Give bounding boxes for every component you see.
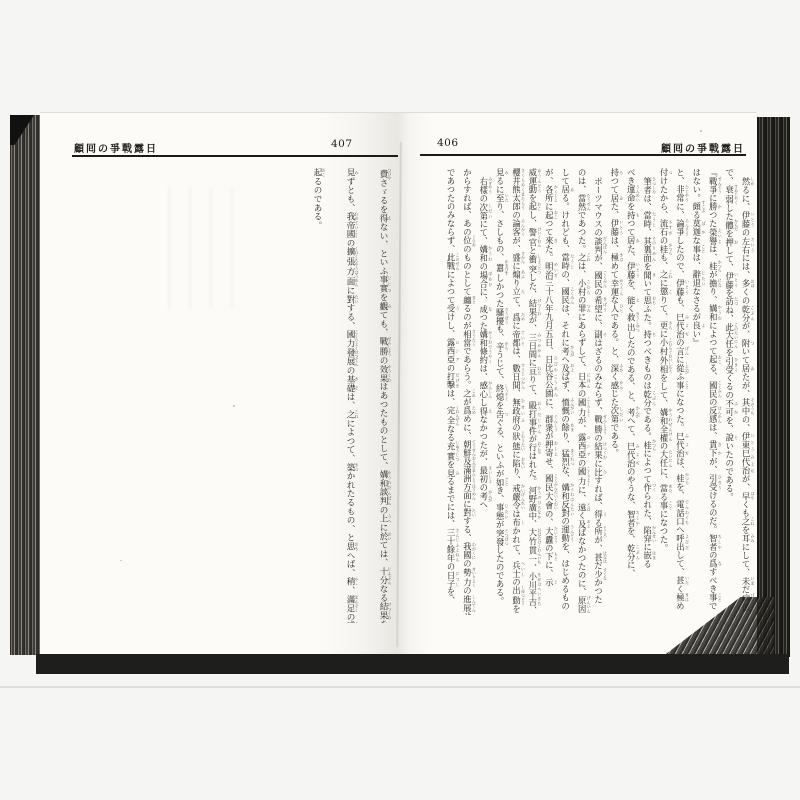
text-column: 然しかるに、伊藤いとうの左右さいうには、多おほくの乾分こぶんが、附ついて居ゐたが… — [739, 168, 755, 615]
book-bottom-edge — [36, 654, 789, 674]
header-rule-left — [72, 155, 398, 157]
text-column: 筆者ひつしやは、當時たうじ、其その裏面りめんを聞きいて思おもふた。持もつべきもの… — [640, 168, 656, 615]
text-column: で、衰弱すゐじやくした體からだを押おして、伊藤いとうを訪たづね、此この大任たいに… — [722, 168, 738, 615]
paper-speck — [120, 560, 122, 561]
text-column: べき運命うんめいを持もつて居ゐた、伊藤いとうを、能よく救出きうしゆつしたのである… — [624, 168, 640, 615]
text-column: 費つひやさゞるを得えない、といふ事實じじつを觀みても、戰勝せんしようの效果かうく… — [359, 168, 392, 623]
text-column: が、各所かくしよに起おこつて來きた。明治めいぢ三十八年九月五日、日比谷公園ひびや… — [542, 168, 558, 615]
text-column: 威運動ゐうんどうを起おこし、警官けいくわんと衝突しようとつした、結果けつくわが、… — [526, 168, 542, 615]
text-column: 起おこるのである。 — [293, 168, 326, 623]
text-column: 見みるに至いたり、さしもの、囂かまびすしかつた騷擾さうぜうも、辛からうじて、終熄… — [493, 168, 509, 615]
scanner-shadow-line — [0, 686, 800, 688]
book-scan-photo: 顧囘の爭戰露日 407 406 顧囘の爭戰露日 然しかるに、伊藤いとうの左右さい… — [0, 0, 800, 800]
left-fore-edge-pages — [10, 115, 40, 655]
paper-speck — [233, 405, 235, 407]
text-column: からすれば、あの位くらゐのものとして纏まとるのが相當さうたうであらう。之これが爲… — [460, 168, 476, 615]
text-column: のは、當然たうぜんであつた。之これは、小村こむらの罪つみにあらずして、日本にほん… — [575, 168, 591, 615]
text-column: であつたのみならず、此戰このせんによつて受うけし、露西亞ロシアの打擊だげきは、完… — [444, 168, 460, 615]
paper-speck — [700, 130, 702, 132]
text-column: 持もつて居ゐた、伊藤いとうは、極きはめて幸運かううんな人ひとである。と、深ふかく… — [607, 168, 623, 615]
text-column: 『戰爭せんそうに勝かつた榮譽えいよは、桂かつらが擔になり、媾和かうわによつて起お… — [706, 168, 722, 615]
ink-showthrough — [168, 188, 234, 308]
text-column: ポーツマウスの談判だんぱんが、國民こくみんの希望きばうに、副そはざるのみならず、… — [591, 168, 607, 615]
page-number-right: 406 — [437, 137, 459, 149]
text-column: と、非常ひじやうに、論爭ろんそうしたので、伊藤いとうも、巳代治みよぢの言げんに從… — [673, 168, 689, 615]
right-page-text: 然しかるに、伊藤いとうの左右さいうには、多おほくの乾分こぶんが、附ついて居ゐたが… — [424, 168, 755, 615]
text-column: 付つけたから、流石さすがの桂かつらも、之これに懲こりて、更さらに小村外相こむらぐ… — [657, 168, 673, 615]
page-number-left: 407 — [331, 138, 353, 150]
text-column: 櫻井熊太郎さくらゐくまたらうの論客ろんかくが、盛さかんに煽あふり立たて、爲ために… — [509, 168, 525, 615]
running-title-left: 顧囘の爭戰露日 — [74, 140, 158, 155]
header-rule-right — [420, 154, 746, 156]
text-column: 右樣みぎやうの次第しだいにて、媾和かうわの場合ばあひに、成なつた媾和條約かうわで… — [476, 168, 492, 615]
right-fore-edge-pages — [757, 117, 790, 657]
text-column: はない。頗すこぶる莫迦ばかな事ことは、辭退じたいなさるが良よい』 — [689, 168, 705, 615]
left-page-text: 費つひやさゞるを得えない、といふ事實じじつを觀みても、戰勝せんしようの效果かうく… — [282, 168, 392, 623]
text-column: して居ゐる。けれども、當時たうじの、國民こくみんは、それに考かんがへ及およばず、… — [558, 168, 574, 615]
running-title-right: 顧囘の爭戰露日 — [661, 140, 745, 155]
text-column: 見みずとも、我帝國わがていこくの擴張方面くわくちやうはうめんに對たいする、國力發… — [326, 168, 359, 623]
